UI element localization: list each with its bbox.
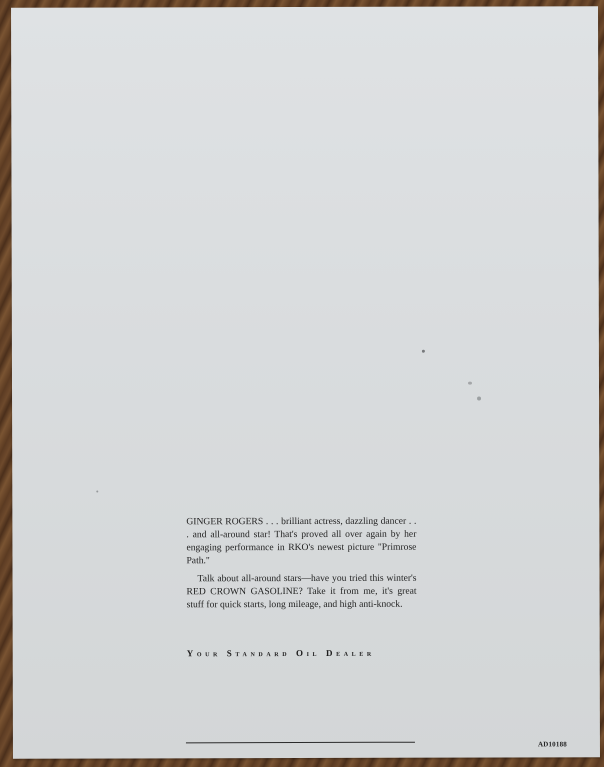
signature-rule [186, 742, 415, 744]
body-paragraph-1: GINGER ROGERS . . . brilliant actress, d… [186, 515, 416, 568]
body-paragraph-2: Talk about all-around stars—have you tri… [186, 572, 416, 612]
catalog-code: AD10188 [538, 740, 567, 748]
paper-sheet: GINGER ROGERS . . . brilliant actress, d… [11, 6, 600, 759]
dealer-signature: Your Standard Oil Dealer [187, 648, 419, 659]
paper-speck [477, 397, 481, 401]
paper-speck [422, 350, 425, 353]
ad-body-copy: GINGER ROGERS . . . brilliant actress, d… [186, 515, 416, 612]
paper-speck [468, 382, 472, 385]
paper-speck [96, 491, 98, 493]
